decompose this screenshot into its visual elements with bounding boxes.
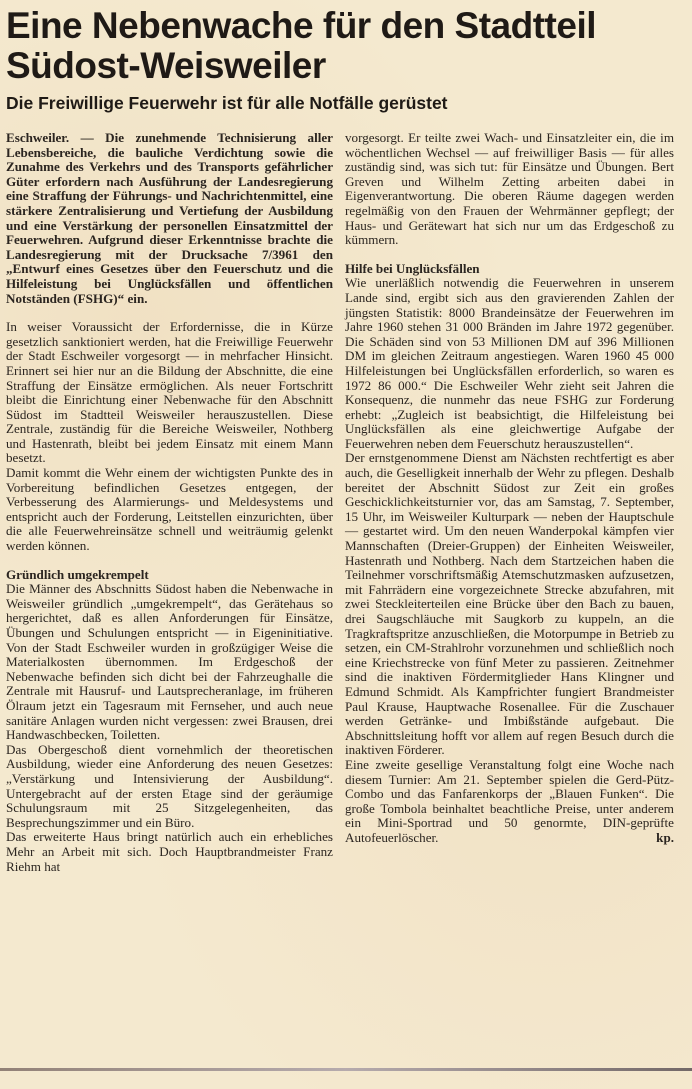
body-paragraph: Damit kommt die Wehr einem der wichtigst… — [6, 466, 333, 554]
body-paragraph-text: Eine zweite gesellige Veranstaltung folg… — [345, 757, 674, 845]
body-paragraph: In weiser Voraussicht der Erfordernisse,… — [6, 320, 333, 466]
body-paragraph: Der ernstgenommene Dienst am Nächsten re… — [345, 451, 674, 757]
article-headline: Eine Nebenwache für den Stadtteil Südost… — [6, 6, 686, 86]
author-signature: kp. — [656, 831, 674, 846]
clipping-bottom-edge — [0, 1068, 692, 1071]
right-column: vorgesorgt. Er teilte zwei Wach- und Ein… — [345, 131, 674, 846]
body-paragraph: Das erweiterte Haus bringt natürlich auc… — [6, 830, 333, 874]
article-subheadline: Die Freiwillige Feuerwehr ist für alle N… — [6, 92, 686, 114]
left-column: Eschweiler. — Die zunehmende Technisieru… — [6, 131, 333, 874]
section-heading-hilfe: Hilfe bei Unglücksfällen — [345, 262, 674, 277]
body-paragraph: Eine zweite gesellige Veranstaltung folg… — [345, 758, 674, 846]
lead-paragraph: Eschweiler. — Die zunehmende Technisieru… — [6, 131, 333, 306]
body-paragraph: vorgesorgt. Er teilte zwei Wach- und Ein… — [345, 131, 674, 248]
section-heading-gruendlich: Gründlich umgekrempelt — [6, 568, 333, 583]
body-paragraph: Das Obergeschoß dient vornehmlich der th… — [6, 743, 333, 831]
body-paragraph: Die Männer des Abschnitts Südost haben d… — [6, 582, 333, 743]
body-paragraph: Wie unerläßlich notwendig die Feuerwehre… — [345, 276, 674, 451]
